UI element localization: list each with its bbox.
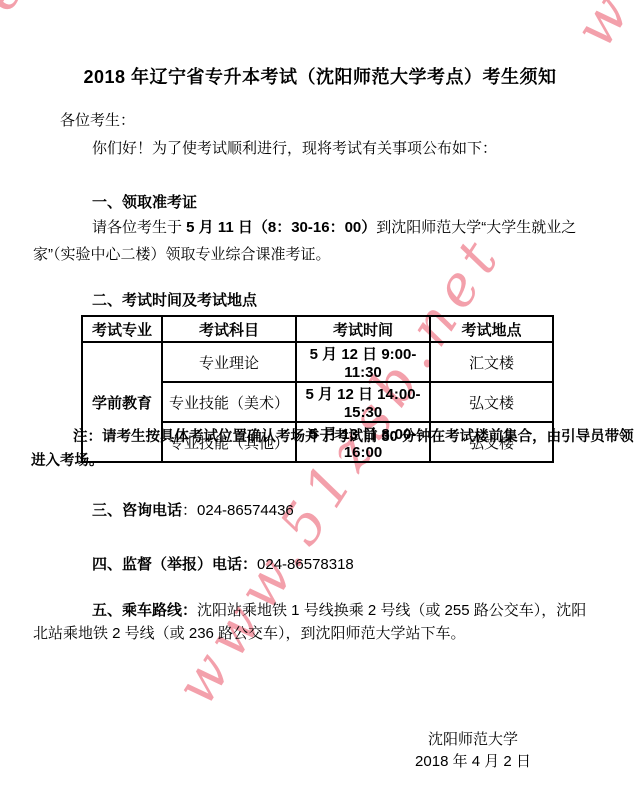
note-line2: 进入考场。 [31,452,104,471]
greeting-line: 各位考生： [60,111,135,130]
cell-location: 汇文楼 [430,342,553,382]
section5-line1: 五、乘车路线：沈阳站乘地铁 1 号线换乘 2 号线（或 255 路公交车），沈阳 [92,601,586,620]
section1-heading: 一、领取准考证 [92,193,197,212]
section4-line: 四、监督（举报）电话：024-86578318 [92,555,354,574]
section5-route-part1: 沈阳站乘地铁 1 号线换乘 2 号线（或 255 路公交车），沈阳 [197,602,586,619]
section5-line2: 北站乘地铁 2 号线（或 236 路公交车），到沈阳师范大学站下车。 [33,624,466,643]
header-exam-subject: 考试科目 [162,316,296,342]
cell-location: 弘文楼 [430,382,553,422]
section1-line1-datetime: 5 月 11 日（8：30-16：00） [186,219,376,236]
cell-time: 5 月 12 日 9:00-11:30 [296,342,430,382]
cell-subject: 专业理论 [162,342,296,382]
table-header-row: 考试专业 考试科目 考试时间 考试地点 [82,316,553,342]
section1-line1: 请各位考生于 5 月 11 日（8：30-16：00）到沈阳师范大学“大学生就业… [92,218,576,237]
intro-line: 你们好！为了使考试顺利进行，现将考试有关事项公布如下： [92,139,497,158]
document-page: et www www.51zsb.net 2018 年辽宁省专升本考试（沈阳师范… [0,0,640,794]
signature-org: 沈阳师范大学 [383,728,563,749]
header-exam-major: 考试专业 [82,316,162,342]
section4-heading: 四、监督（举报）电话： [92,556,257,573]
header-exam-time: 考试时间 [296,316,430,342]
watermark-fragment-top-left: et [0,0,70,38]
page-title: 2018 年辽宁省专升本考试（沈阳师范大学考点）考生须知 [0,63,640,89]
consult-phone-number: ：024-86574436 [182,502,294,519]
cell-time: 5 月 12 日 14:00-15:30 [296,382,430,422]
section1-line1-pre: 请各位考生于 [92,219,186,236]
watermark-text: www.51zsb.net [150,201,530,739]
section3-heading: 三、咨询电话 [92,502,182,519]
section1-line2: 家”（实验中心二楼）领取专业综合课准考证。 [33,245,331,264]
cell-subject: 专业技能（美术） [162,382,296,422]
section2-heading: 二、考试时间及考试地点 [92,291,257,310]
watermark-fragment-top-right: www [563,0,640,59]
note-line1: 注：请考生按具体考试位置确认考场并于考试前 30 分钟在考试楼前集合，由引导员带… [73,428,634,447]
table-row: 学前教育 专业理论 5 月 12 日 9:00-11:30 汇文楼 [82,342,553,382]
section3-line: 三、咨询电话：024-86574436 [92,501,294,520]
header-exam-location: 考试地点 [430,316,553,342]
report-phone-number: 024-86578318 [257,556,354,573]
section1-line1-post: 到沈阳师范大学“大学生就业之 [376,219,576,236]
section5-heading: 五、乘车路线： [92,602,197,619]
signature-date: 2018 年 4 月 2 日 [383,750,563,771]
